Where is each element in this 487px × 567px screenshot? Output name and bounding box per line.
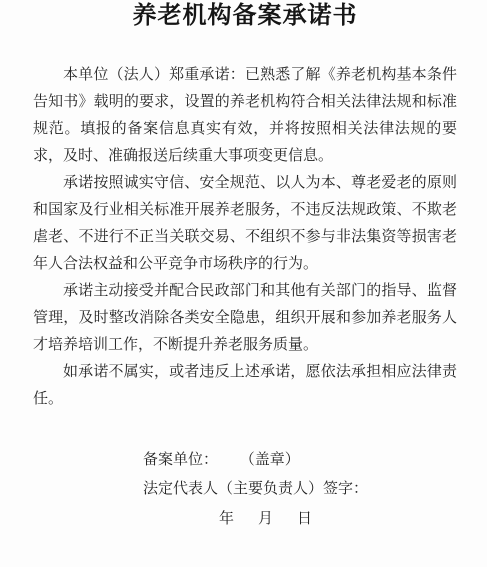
date-line: 年 月 日 — [219, 505, 457, 534]
paragraph-basic-conditions: 本单位（法人）郑重承诺：已熟悉了解《养老机构基本条件告知书》载明的要求，设置的养… — [33, 62, 457, 170]
date-month-label: 月 — [258, 505, 273, 534]
document-title: 养老机构备案承诺书 — [33, 3, 457, 30]
date-year-label: 年 — [219, 505, 234, 534]
legal-representative-signature-label: 法定代表人（主要负责人）签字： — [143, 481, 368, 497]
document-body: 本单位（法人）郑重承诺：已熟悉了解《养老机构基本条件告知书》载明的要求，设置的养… — [33, 62, 457, 413]
paragraph-service-principles: 承诺按照诚实守信、安全规范、以人为本、尊老爱老的原则和国家及行业相关标准开展养老… — [33, 170, 457, 278]
filing-unit-line: 备案单位： （盖章） — [143, 446, 457, 475]
signature-block: 备案单位： （盖章） 法定代表人（主要负责人）签字： 年 月 日 — [143, 446, 457, 534]
seal-label: （盖章） — [240, 452, 300, 468]
commitment-letter-page: 养老机构备案承诺书 本单位（法人）郑重承诺：已熟悉了解《养老机构基本条件告知书》… — [0, 0, 487, 567]
paragraph-supervision-cooperation: 承诺主动接受并配合民政部门和其他有关部门的指导、监督管理，及时整改消除各类安全隐… — [33, 278, 457, 359]
filing-unit-label: 备案单位： — [143, 452, 218, 468]
date-day-label: 日 — [297, 505, 312, 534]
legal-representative-line: 法定代表人（主要负责人）签字： — [143, 475, 457, 504]
paragraph-legal-liability: 如承诺不属实，或者违反上述承诺，愿依法承担相应法律责任。 — [33, 359, 457, 413]
